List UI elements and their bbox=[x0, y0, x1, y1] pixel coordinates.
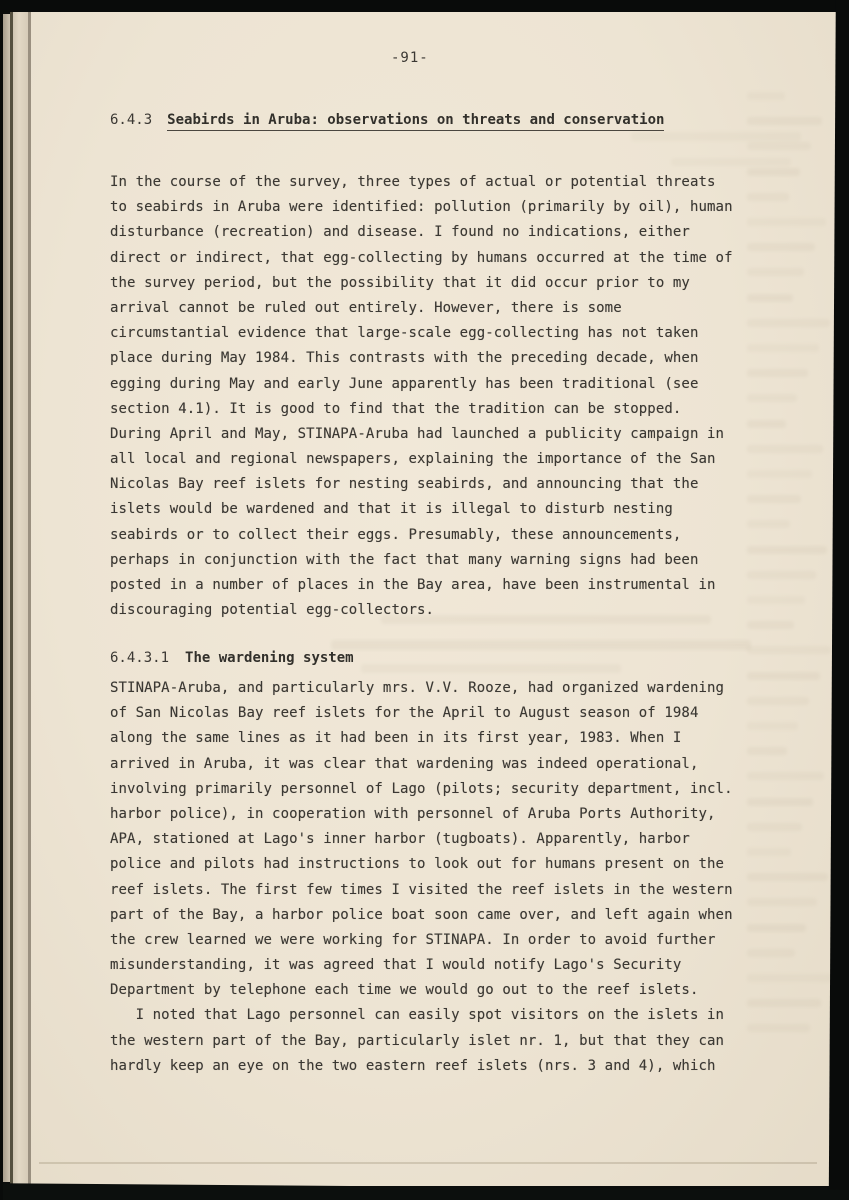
text-line: the survey period, but the possibility t… bbox=[110, 271, 733, 296]
scan-border-top bbox=[0, 0, 849, 12]
text-line: of San Nicolas Bay reef islets for the A… bbox=[110, 701, 733, 726]
bleed-through-smudge bbox=[361, 664, 621, 673]
bleed-through-smudge bbox=[747, 294, 793, 302]
paragraph-threats: In the course of the survey, three types… bbox=[110, 170, 733, 623]
bleed-through-smudge bbox=[747, 722, 798, 730]
bleed-through-smudge bbox=[747, 848, 791, 856]
text-line: misunderstanding, it was agreed that I w… bbox=[110, 953, 733, 978]
text-line: arrival cannot be ruled out entirely. Ho… bbox=[110, 296, 733, 321]
bleed-through-smudge bbox=[747, 1024, 810, 1032]
bleed-through-smudge bbox=[747, 193, 789, 201]
bleed-through-smudge bbox=[747, 344, 819, 352]
bleed-through-smudge bbox=[747, 747, 787, 755]
text-line: along the same lines as it had been in i… bbox=[110, 726, 733, 751]
text-line: APA, stationed at Lago's inner harbor (t… bbox=[110, 827, 733, 852]
text-line: circumstantial evidence that large-scale… bbox=[110, 321, 733, 346]
section-title: Seabirds in Aruba: observations on threa… bbox=[167, 112, 664, 131]
text-line: to seabirds in Aruba were identified: po… bbox=[110, 195, 733, 220]
text-line: all local and regional newspapers, expla… bbox=[110, 447, 733, 472]
text-line: Nicolas Bay reef islets for nesting seab… bbox=[110, 472, 733, 497]
paragraph-wardening: STINAPA-Aruba, and particularly mrs. V.V… bbox=[110, 676, 733, 1079]
text-line: the western part of the Bay, particularl… bbox=[110, 1029, 733, 1054]
bleed-through-smudge bbox=[747, 823, 802, 831]
paper-sheet: -91- 6.4.3Seabirds in Aruba: observation… bbox=[31, 12, 841, 1186]
bleed-through-smudge bbox=[747, 772, 824, 780]
page-edge-strip bbox=[13, 10, 28, 1188]
bleed-through-smudge bbox=[747, 117, 822, 125]
text-line: seabirds or to collect their eggs. Presu… bbox=[110, 523, 733, 548]
bleed-through-smudge bbox=[747, 394, 797, 402]
bleed-through-smudge bbox=[747, 243, 815, 251]
page-number: -91- bbox=[391, 50, 429, 66]
text-line: disturbance (recreation) and disease. I … bbox=[110, 220, 733, 245]
bleed-through-smudge bbox=[747, 646, 831, 654]
page-edge-strip bbox=[3, 14, 10, 1182]
text-line: involving primarily personnel of Lago (p… bbox=[110, 777, 733, 802]
bleed-through-smudge bbox=[747, 621, 794, 629]
bleed-through-smudge bbox=[631, 132, 801, 141]
bleed-through-smudge bbox=[747, 596, 805, 604]
bleed-through-smudge bbox=[747, 798, 813, 806]
bleed-through-smudge bbox=[747, 546, 827, 554]
text-line: arrived in Aruba, it was clear that ward… bbox=[110, 752, 733, 777]
bleed-through-smudge bbox=[381, 615, 711, 624]
text-line: the crew learned we were working for STI… bbox=[110, 928, 733, 953]
text-line: section 4.1). It is good to find that th… bbox=[110, 397, 733, 422]
text-line: STINAPA-Aruba, and particularly mrs. V.V… bbox=[110, 676, 733, 701]
text-line: Department by telephone each time we wou… bbox=[110, 978, 733, 1003]
text-line: egging during May and early June apparen… bbox=[110, 372, 733, 397]
bleed-through-smudge bbox=[747, 697, 809, 705]
text-line: islets would be wardened and that it is … bbox=[110, 497, 733, 522]
text-line: reef islets. The first few times I visit… bbox=[110, 878, 733, 903]
subsection-title: The wardening system bbox=[185, 650, 354, 666]
bleed-through-smudge bbox=[331, 640, 751, 650]
bleed-through-smudge bbox=[747, 974, 832, 982]
bleed-through-smudge bbox=[747, 445, 823, 453]
bleed-through-smudge bbox=[747, 168, 800, 176]
bleed-through-smudge bbox=[747, 92, 785, 100]
bleed-through-smudge bbox=[747, 571, 816, 579]
text-line: During April and May, STINAPA-Aruba had … bbox=[110, 422, 733, 447]
bleed-through-smudge bbox=[747, 218, 826, 226]
text-line: direct or indirect, that egg-collecting … bbox=[110, 246, 733, 271]
text-line: hardly keep an eye on the two eastern re… bbox=[110, 1054, 733, 1079]
text-line: I noted that Lago personnel can easily s… bbox=[110, 1003, 733, 1028]
section-number: 6.4.3 bbox=[110, 112, 152, 128]
subsection-number: 6.4.3.1 bbox=[110, 650, 169, 666]
text-line: posted in a number of places in the Bay … bbox=[110, 573, 733, 598]
bleed-through-smudge bbox=[671, 158, 791, 166]
text-line: place during May 1984. This contrasts wi… bbox=[110, 346, 733, 371]
bleed-through-smudge bbox=[747, 495, 801, 503]
text-line: harbor police), in cooperation with pers… bbox=[110, 802, 733, 827]
bleed-through-smudge bbox=[747, 949, 795, 957]
bleed-through-smudge bbox=[747, 520, 790, 528]
bleed-through-smudge bbox=[747, 319, 830, 327]
bleed-through-smudge bbox=[747, 898, 817, 906]
bleed-through-smudge bbox=[747, 873, 828, 881]
scan-crease-line bbox=[39, 1162, 817, 1164]
bleed-through-smudge bbox=[747, 142, 811, 150]
bleed-through-smudge bbox=[747, 369, 808, 377]
bleed-through-smudge bbox=[747, 268, 804, 276]
text-line: In the course of the survey, three types… bbox=[110, 170, 733, 195]
bleed-through-smudge bbox=[747, 924, 806, 932]
bleed-through-smudge bbox=[747, 420, 786, 428]
subsection-heading: 6.4.3.1The wardening system bbox=[110, 650, 354, 666]
text-line: police and pilots had instructions to lo… bbox=[110, 852, 733, 877]
text-line: part of the Bay, a harbor police boat so… bbox=[110, 903, 733, 928]
book-page-edges bbox=[0, 10, 31, 1188]
bleed-through-smudge bbox=[747, 672, 820, 680]
bleed-through-smudge bbox=[747, 470, 812, 478]
scan-border-left bbox=[0, 0, 3, 1200]
section-heading: 6.4.3Seabirds in Aruba: observations on … bbox=[110, 112, 664, 128]
bleed-through-smudge bbox=[747, 999, 821, 1007]
text-line: perhaps in conjunction with the fact tha… bbox=[110, 548, 733, 573]
